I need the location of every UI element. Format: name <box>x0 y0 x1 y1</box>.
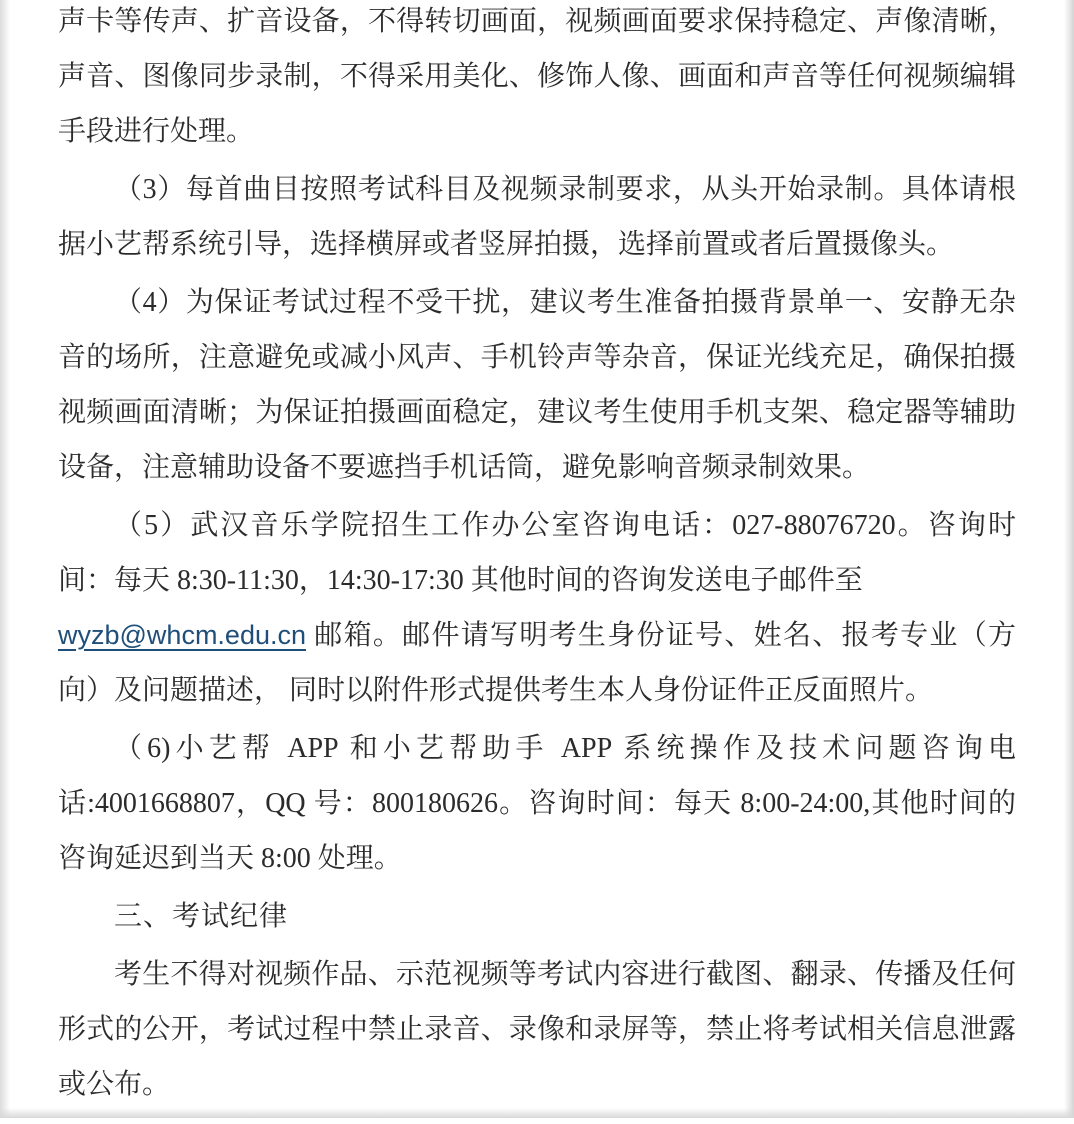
para-exam-discipline: 考生不得对视频作品、示范视频等考试内容进行截图、翻录、传播及任何形式的公开，考试… <box>58 947 1016 1112</box>
page-right-edge-shadow <box>1064 0 1074 1118</box>
page-left-edge-shadow <box>0 0 10 1118</box>
document-page: 声卡等传声、扩音设备，不得转切画面，视频画面要求保持稳定、声像清晰，声音、图像同… <box>0 0 1074 1118</box>
para-item-5-before-link: （5）武汉音乐学院招生工作办公室咨询电话：027-88076720。咨询时间：每… <box>58 510 1016 596</box>
email-link[interactable]: wyzb@whcm.edu.cn <box>58 620 306 650</box>
para-item-4: （4）为保证考试过程不受干扰，建议考生准备拍摄背景单一、安静无杂音的场所，注意避… <box>58 275 1016 495</box>
para-item-6: （6)小艺帮 APP 和小艺帮助手 APP 系统操作及技术问题咨询电话:4001… <box>58 721 1016 886</box>
para-recording-rules-tail: 声卡等传声、扩音设备，不得转切画面，视频画面要求保持稳定、声像清晰，声音、图像同… <box>58 0 1016 159</box>
section-heading-exam-discipline: 三、考试纪律 <box>58 889 1016 944</box>
para-item-5: （5）武汉音乐学院招生工作办公室咨询电话：027-88076720。咨询时间：每… <box>58 498 1016 718</box>
para-item-3: （3）每首曲目按照考试科目及视频录制要求，从头开始录制。具体请根据小艺帮系统引导… <box>58 162 1016 272</box>
